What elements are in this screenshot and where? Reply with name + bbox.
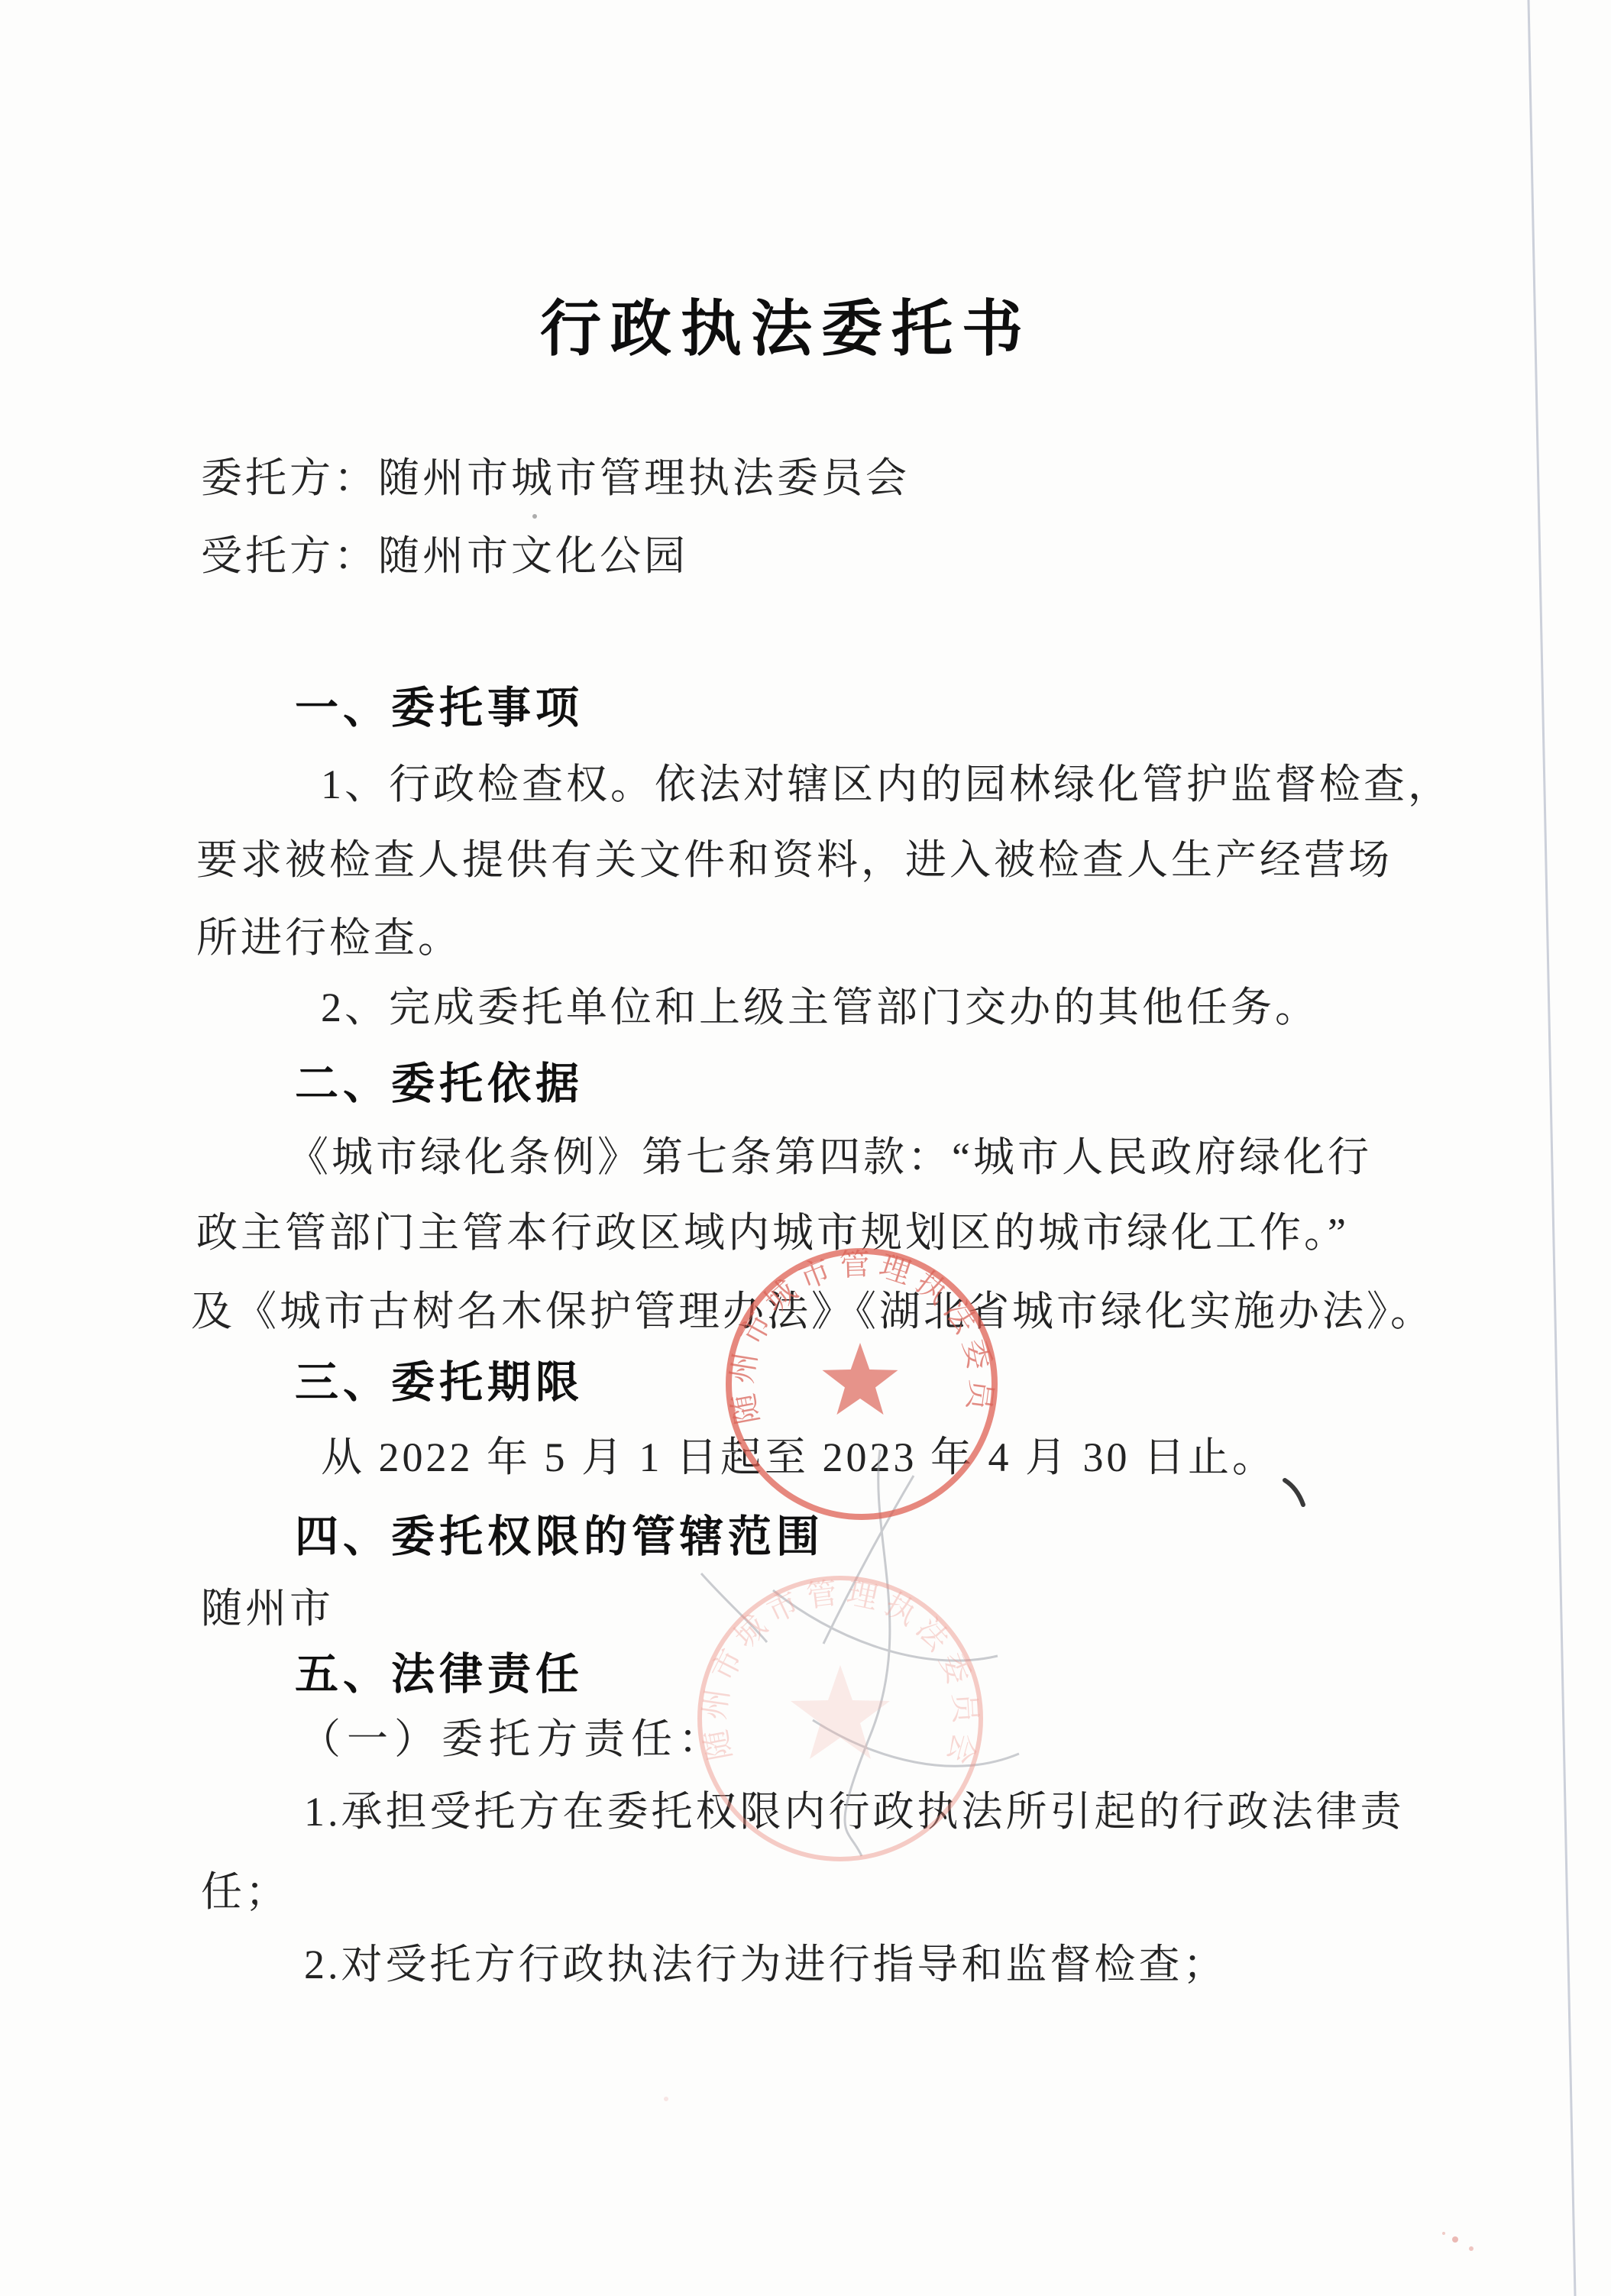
- doc-line: 任；: [201, 1871, 290, 1914]
- section-5-heading: 五、法律责任: [295, 1652, 584, 1698]
- doc-line: 2、完成委托单位和上级主管部门交办的其他任务。: [321, 986, 1319, 1030]
- document-title: 行政执法委托书: [0, 280, 1572, 367]
- subsection-heading: （一）委托方责任：: [299, 1718, 726, 1761]
- ghost-stamp-star-icon: [791, 1665, 890, 1759]
- doc-line: 及《城市古树名木保护管理办法》《湖北省城市绿化实施办法》。: [191, 1290, 1435, 1334]
- doc-line: 1、行政检查权。依法对辖区内的园林绿化管护监督检查，: [321, 763, 1452, 807]
- ghost-stamp-arc-text: 随州市城市管理执法委员会: [697, 1575, 983, 1774]
- consignor-line: 委托方：随州市城市管理执法委员会: [201, 457, 910, 500]
- ink-mark: [1285, 1480, 1303, 1505]
- doc-line: 所进行检查。: [196, 917, 462, 960]
- section-4-heading: 四、委托权限的管辖范围: [295, 1515, 824, 1560]
- section-3-heading: 三、委托期限: [295, 1360, 584, 1406]
- doc-line: 2.对受托方行政执法行为进行指导和监督检查；: [304, 1943, 1228, 1987]
- svg-text:随州市城市管理执法委员会: 随州市城市管理执法委员会: [697, 1575, 983, 1774]
- section-2-heading: 二、委托依据: [295, 1062, 584, 1108]
- doc-line: 政主管部门主管本行政区域内城市规划区的城市绿化工作。”: [196, 1211, 1349, 1255]
- doc-line: 要求被检查人提供有关文件和资料，进入被检查人生产经营场: [196, 839, 1393, 882]
- jurisdiction-line: 随州市: [201, 1587, 334, 1631]
- doc-line: 1.承担受托方在委托权限内行政执法所引起的行政法律责: [304, 1790, 1405, 1834]
- doc-line: 《城市绿化条例》第七条第四款：“城市人民政府绿化行: [287, 1136, 1372, 1179]
- trustee-line: 受托方：随州市文化公园: [201, 535, 688, 578]
- validity-period-line: 从 2022 年 5 月 1 日起至 2023 年 4 月 30 日止。: [321, 1436, 1276, 1479]
- scanned-document-page: 行政执法委托书 委托方：随州市城市管理执法委员会 受托方：随州市文化公园 一、委…: [0, 0, 1611, 2296]
- section-1-heading: 一、委托事项: [295, 686, 584, 732]
- stamp-star-icon: [823, 1343, 898, 1415]
